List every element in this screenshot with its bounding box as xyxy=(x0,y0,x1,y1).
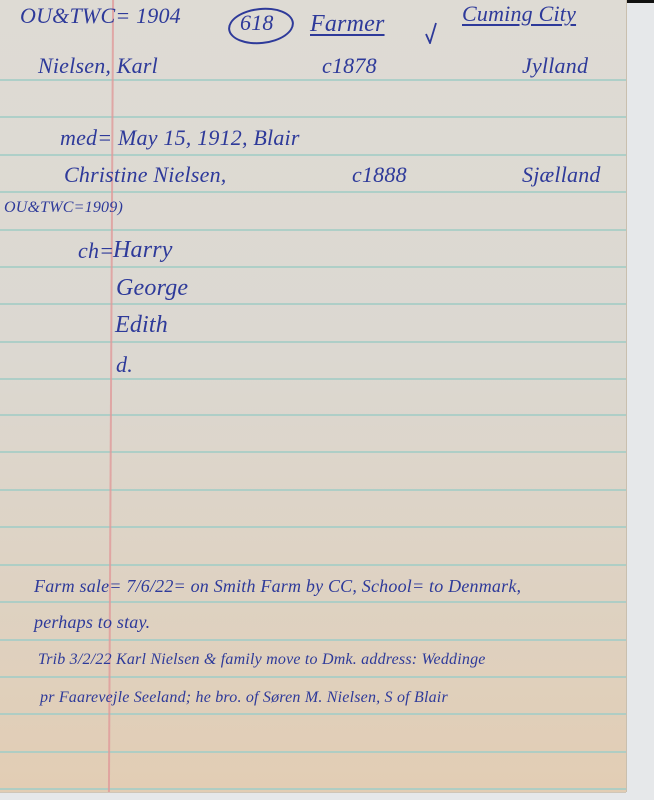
child-name: Edith xyxy=(115,313,168,337)
rule-line xyxy=(0,751,626,753)
rule-line xyxy=(0,601,626,603)
wife-census-reference: OU&TWC=1909) xyxy=(4,200,123,216)
rule-line xyxy=(0,414,626,416)
note-line: pr Faarevejle Seeland; he bro. of Søren … xyxy=(40,690,448,706)
rule-line xyxy=(0,303,626,305)
notebook-page: OU&TWC= 1904 618 Farmer Cuming City Niel… xyxy=(0,0,626,792)
census-reference: OU&TWC= 1904 xyxy=(20,5,181,27)
checkmark-icon xyxy=(425,22,437,44)
child-name: George xyxy=(116,276,188,300)
rule-line xyxy=(0,341,626,343)
wife-origin: Sjælland xyxy=(522,164,601,186)
husband-birth: c1878 xyxy=(322,55,377,77)
rule-line xyxy=(0,788,626,790)
scan-edge-bar xyxy=(626,0,654,3)
rule-line xyxy=(0,676,626,678)
occupation: Farmer xyxy=(310,12,385,36)
rule-line xyxy=(0,639,626,641)
rule-line xyxy=(0,378,626,380)
wife-birth: c1888 xyxy=(352,164,407,186)
rule-line xyxy=(0,229,626,231)
note-line: perhaps to stay. xyxy=(34,613,150,631)
husband-name: Nielsen, Karl xyxy=(38,55,158,77)
rule-line xyxy=(0,266,626,268)
child-name: d. xyxy=(116,354,133,376)
note-line: Farm sale= 7/6/22= on Smith Farm by CC, … xyxy=(34,577,521,595)
rule-line xyxy=(0,489,626,491)
record-number: 618 xyxy=(240,12,274,34)
rule-line xyxy=(0,116,626,118)
husband-origin: Jylland xyxy=(522,55,588,77)
rule-line xyxy=(0,564,626,566)
rule-line xyxy=(0,154,626,156)
note-line: Trib 3/2/22 Karl Nielsen & family move t… xyxy=(38,652,486,668)
location: Cuming City xyxy=(462,3,576,25)
rule-line xyxy=(0,526,626,528)
marriage-info: med= May 15, 1912, Blair xyxy=(60,127,300,149)
rule-line xyxy=(0,79,626,81)
rule-line xyxy=(0,713,626,715)
child-name: Harry xyxy=(113,238,173,262)
wife-name: Christine Nielsen, xyxy=(64,164,227,186)
margin-line xyxy=(108,0,114,792)
rule-line xyxy=(0,191,626,193)
children-label: ch= xyxy=(78,240,114,262)
rule-line xyxy=(0,451,626,453)
